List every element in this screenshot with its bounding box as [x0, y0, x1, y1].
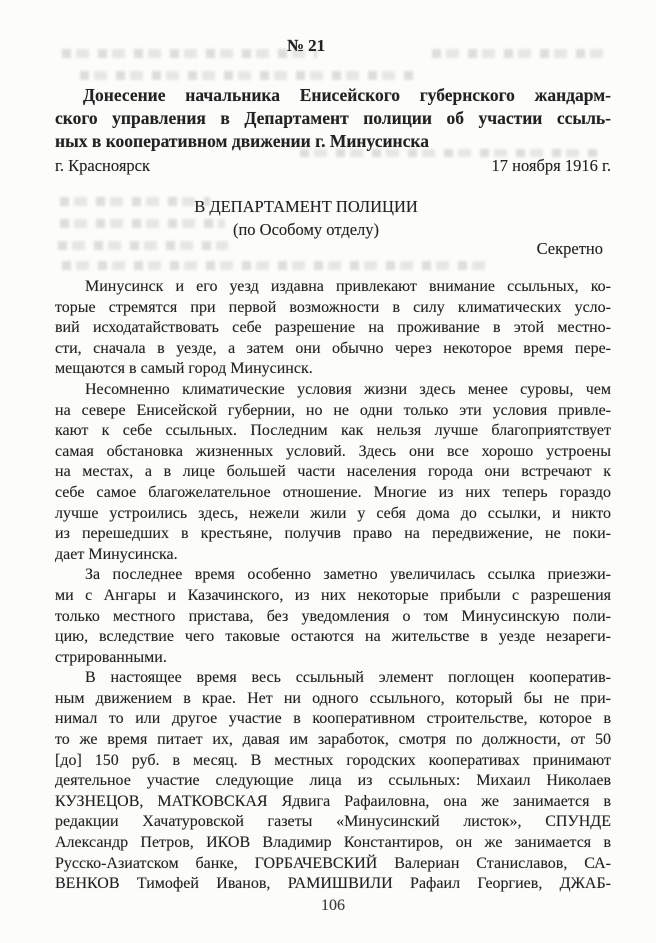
dateline: г. Красноярск 17 ноября 1916 г. — [55, 156, 611, 176]
title-line: Донесение начальника Енисейского губернс… — [55, 84, 611, 107]
document-body: Минусинск и его уезд издавна привлекают … — [55, 277, 611, 895]
paragraph: Минусинск и его уезд издавна привлекают … — [55, 277, 611, 380]
text-line: нимал то или другое участие в кооператив… — [55, 709, 611, 730]
page-number: 106 — [55, 897, 611, 915]
text-line: то же время питает их, давая им заработо… — [55, 730, 611, 751]
text-line: За последнее время особенно заметно увел… — [55, 565, 611, 586]
text-line: сти, сначала в уезде, а затем они обычно… — [55, 339, 611, 360]
paragraph: Несомненно климатические условия жизни з… — [55, 380, 611, 565]
text-line: ВЕНКОВ Тимофей Иванов, РАМИШВИЛИ Рафаил … — [55, 874, 611, 895]
date-label: 17 ноября 1916 г. — [492, 156, 612, 176]
text-line: В настоящее время весь ссыльный элемент … — [55, 668, 611, 689]
text-line: Русско-Азиатском банке, ГОРБАЧЕВСКИЙ Вал… — [55, 854, 611, 875]
paragraph: За последнее время особенно заметно увел… — [55, 565, 611, 668]
text-line: на местах, а в лице большей части населе… — [55, 462, 611, 483]
text-line: Несомненно климатические условия жизни з… — [55, 380, 611, 401]
bleed-through-artifact — [62, 261, 492, 270]
addressee-line2: (по Особому отделу) — [55, 219, 557, 242]
text-line: на севере Енисейской губернии, но не одн… — [55, 401, 611, 422]
addressee-line1: В ДЕПАРТАМЕНТ ПОЛИЦИИ — [55, 196, 557, 219]
text-line: ми с Ангары и Казачинского, из них некот… — [55, 586, 611, 607]
document-title: Донесение начальника Енисейского губернс… — [55, 84, 611, 153]
title-line: ных в кооперативном движении г. Минусинс… — [55, 130, 611, 153]
text-line: Александр Петров, ИКОВ Владимир Констант… — [55, 833, 611, 854]
text-line: цию, вследствие чего таковые остаются на… — [55, 627, 611, 648]
text-line: из перешедших в крестьяне, получив право… — [55, 524, 611, 545]
text-line: мещаются в самый город Минусинск. — [55, 359, 611, 380]
paragraph: В настоящее время весь ссыльный элемент … — [55, 668, 611, 895]
text-line: кают к себе ссыльных. Последним как нель… — [55, 421, 611, 442]
text-line: дает Минусинска. — [55, 545, 611, 566]
text-line: торые стремятся при первой возможности в… — [55, 298, 611, 319]
document-number: № 21 — [55, 36, 557, 56]
bleed-through-artifact — [80, 71, 415, 80]
scanned-document-page: № 21 Донесение начальника Енисейского гу… — [0, 0, 656, 943]
text-line: себе самое благожелательное отношение. М… — [55, 483, 611, 504]
text-line: КУЗНЕЦОВ, МАТКОВСКАЯ Ядвига Рафаиловна, … — [55, 792, 611, 813]
text-line: лучше устроились здесь, нежели жили у се… — [55, 504, 611, 525]
title-line: ского управления в Департамент полиции о… — [55, 107, 611, 130]
text-line: [до] 150 руб. в месяц. В местных городск… — [55, 751, 611, 772]
text-line: ным движением в крае. Нет ни одного ссыл… — [55, 689, 611, 710]
addressee-block: В ДЕПАРТАМЕНТ ПОЛИЦИИ (по Особому отделу… — [55, 196, 557, 241]
classification-stamp: Секретно — [55, 239, 603, 259]
text-line: вий исходатайствовать себе разрешение на… — [55, 318, 611, 339]
text-line: только местного пристава, без уведомлени… — [55, 607, 611, 628]
place-label: г. Красноярск — [55, 156, 150, 176]
text-line: редакции Хачатуровской газеты «Минусинск… — [55, 812, 611, 833]
text-line: стрированными. — [55, 648, 611, 669]
text-line: Минусинск и его уезд издавна привлекают … — [55, 277, 611, 298]
text-line: деятельное участие следующие лица из ссы… — [55, 771, 611, 792]
text-line: самая обстановка жизненных условий. Здес… — [55, 442, 611, 463]
